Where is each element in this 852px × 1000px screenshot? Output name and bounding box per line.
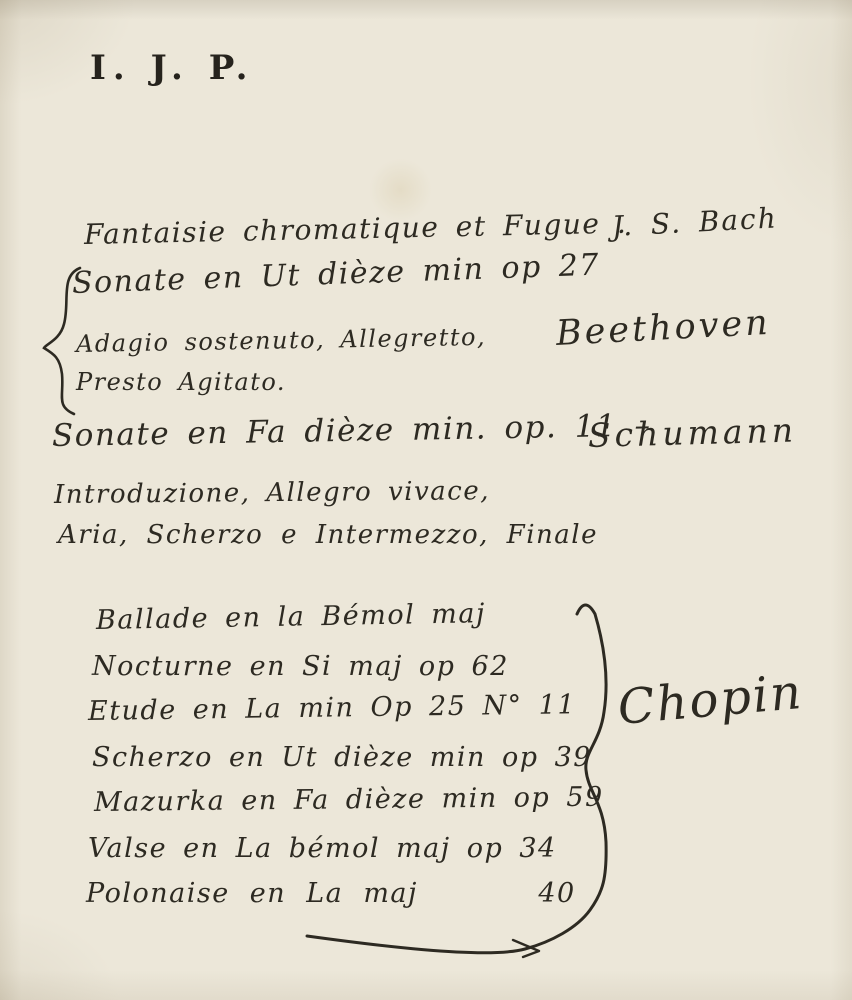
movements-schumann-line2: Aria, Scherzo e Intermezzo, Finale (58, 520, 598, 550)
composer-schumann: Schumann (587, 411, 797, 455)
movements-schumann-line1: Introduzione, Allegro vivace, (54, 476, 490, 510)
movements-beethoven-line2: Presto Agitato. (76, 368, 286, 396)
composer-beethoven: Beethoven (555, 303, 772, 354)
chopin-piece: Scherzo en Ut dièze min op 39 (92, 735, 604, 781)
piece-title-schumann: Sonate en Fa dièze min. op. 11 – (52, 408, 652, 454)
composer-bach: J. S. Bach (611, 201, 778, 243)
monogram: I. J. P. (90, 48, 254, 88)
piece-title-bach: Fantaisie chromatique et Fugue . (84, 207, 628, 251)
composer-chopin: Chopin (616, 664, 806, 736)
chopin-piece: Mazurka en Fa dièze min op 59 (94, 775, 604, 826)
chopin-piece: Polonaise en La maj 40 (86, 871, 604, 917)
manuscript-program-page: I. J. P. Fantaisie chromatique et Fugue … (0, 0, 852, 1000)
piece-title-beethoven: Sonate en Ut dièze min op 27 (71, 248, 600, 301)
chopin-piece: Valse en La bémol maj op 34 (88, 826, 604, 872)
chopin-piece: Ballade en la Bémol maj (96, 589, 604, 643)
chopin-piece-list: Ballade en la Bémol maj Nocturne en Si m… (86, 598, 604, 917)
chopin-piece: Etude en La min Op 25 N° 11 (88, 682, 604, 735)
movements-beethoven-line1: Adagio sostenuto, Allegretto, (76, 323, 487, 358)
